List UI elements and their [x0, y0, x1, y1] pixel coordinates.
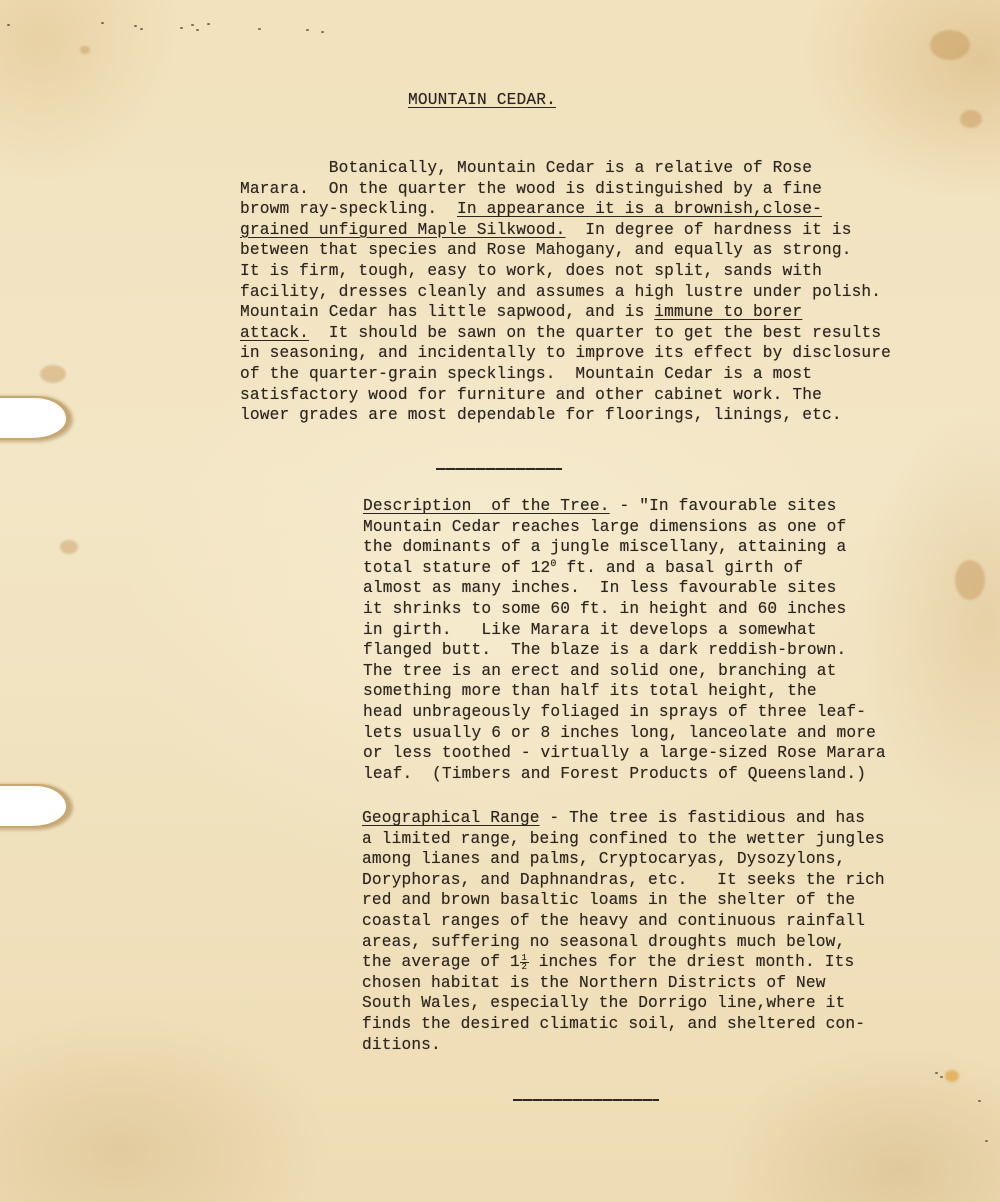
underlined-phrase: In appearance it is a brownish,close-: [457, 200, 822, 218]
dirt-speck: [935, 1072, 938, 1074]
range-line: among lianes and palms, Cryptocaryas, Dy…: [362, 850, 845, 868]
range-line: chosen habitat is the Northern Districts…: [362, 974, 826, 992]
intro-line: Marara. On the quarter the wood is disti…: [240, 180, 822, 198]
section-divider: [513, 1099, 659, 1101]
description-line: flanged butt. The blaze is a dark reddis…: [363, 641, 846, 659]
underlined-phrase: grained unfigured Maple Silkwood.: [240, 221, 566, 239]
intro-line: Mountain Cedar has little sapwood, and i…: [240, 303, 654, 321]
description-line: ft. and a basal girth of: [557, 559, 804, 577]
range-line: finds the desired climatic soil, and she…: [362, 1015, 865, 1033]
range-line: South Wales, especially the Dorrigo line…: [362, 994, 845, 1012]
description-line: or less toothed - virtually a large-size…: [363, 744, 886, 762]
range-line: the average of 1: [362, 953, 520, 971]
dirt-speck: [180, 27, 183, 29]
range-line: - The tree is fastidious and has: [540, 809, 866, 827]
section-heading: Geographical Range: [362, 809, 540, 827]
intro-line: browm ray-speckling.: [240, 200, 457, 218]
intro-line: of the quarter-grain specklings. Mountai…: [240, 365, 812, 383]
description-line: Mountain Cedar reaches large dimensions …: [363, 518, 846, 536]
geographical-range-section: Geographical Range - The tree is fastidi…: [362, 808, 885, 1055]
foxing-stain: [40, 365, 66, 383]
intro-line: It is firm, tough, easy to work, does no…: [240, 262, 822, 280]
intro-line: lower grades are most dependable for flo…: [240, 406, 842, 424]
intro-line: It should be sawn on the quarter to get …: [309, 324, 881, 342]
dirt-speck: [985, 1140, 988, 1142]
dirt-speck: [101, 22, 104, 24]
description-line: lets usually 6 or 8 inches long, lanceol…: [363, 724, 876, 742]
typewritten-page: MOUNTAIN CEDAR. Botanically, Mountain Ce…: [0, 0, 1000, 1202]
dirt-speck: [321, 31, 324, 33]
section-heading: Description of the Tree.: [363, 497, 610, 515]
intro-paragraph: Botanically, Mountain Cedar is a relativ…: [240, 158, 891, 426]
range-line: inches for the driest month. Its: [529, 953, 855, 971]
description-line: the dominants of a jungle miscellany, at…: [363, 538, 846, 556]
dirt-speck: [196, 29, 199, 31]
range-line: a limited range, being confined to the w…: [362, 830, 885, 848]
range-line: areas, suffering no seasonal droughts mu…: [362, 933, 845, 951]
dirt-speck: [140, 28, 143, 30]
description-line: The tree is an erect and solid one, bran…: [363, 662, 836, 680]
description-line: in girth. Like Marara it develops a some…: [363, 621, 817, 639]
dirt-speck: [191, 24, 194, 26]
description-line: something more than half its total heigh…: [363, 682, 817, 700]
intro-line: In degree of hardness it is: [566, 221, 852, 239]
description-line: head unbrageously foliaged in sprays of …: [363, 703, 866, 721]
description-line: - "In favourable sites: [610, 497, 837, 515]
dirt-speck: [258, 28, 261, 30]
dirt-speck: [7, 24, 10, 26]
range-line: red and brown basaltic loams in the shel…: [362, 891, 855, 909]
dirt-speck: [134, 25, 137, 27]
page-title: MOUNTAIN CEDAR.: [408, 90, 556, 111]
description-line: leaf. (Timbers and Forest Products of Qu…: [363, 765, 866, 783]
tree-description-section: Description of the Tree. - "In favourabl…: [363, 496, 886, 784]
foxing-stain: [930, 30, 970, 60]
fraction-half: 12: [520, 954, 529, 971]
description-line: total stature of 12: [363, 559, 550, 577]
foxing-stain: [960, 110, 982, 128]
foxing-stain: [955, 560, 985, 600]
description-line: it shrinks to some 60 ft. in height and …: [363, 600, 846, 618]
dirt-speck: [978, 1100, 981, 1102]
foxing-stain: [80, 46, 90, 54]
dirt-speck: [207, 23, 210, 25]
binder-hole-top: [0, 398, 66, 438]
foxing-stain: [60, 540, 78, 554]
binder-hole-bottom: [0, 786, 66, 826]
range-line: Doryphoras, and Daphnandras, etc. It see…: [362, 871, 885, 889]
range-line: coastal ranges of the heavy and continuo…: [362, 912, 865, 930]
dirt-speck: [306, 29, 309, 31]
intro-line: between that species and Rose Mahogany, …: [240, 241, 852, 259]
intro-line: facility, dresses cleanly and assumes a …: [240, 283, 881, 301]
fraction-denominator: 2: [520, 963, 529, 971]
description-line: almost as many inches. In less favourabl…: [363, 579, 836, 597]
underlined-phrase: attack.: [240, 324, 309, 342]
intro-line: Botanically, Mountain Cedar is a relativ…: [240, 159, 812, 177]
underlined-phrase: immune to borer: [654, 303, 802, 321]
range-line: ditions.: [362, 1036, 441, 1054]
foxing-stain: [945, 1070, 959, 1082]
intro-line: satisfactory wood for furniture and othe…: [240, 386, 822, 404]
intro-line: in seasoning, and incidentally to improv…: [240, 344, 891, 362]
section-divider: [436, 468, 562, 470]
dirt-speck: [940, 1076, 943, 1078]
